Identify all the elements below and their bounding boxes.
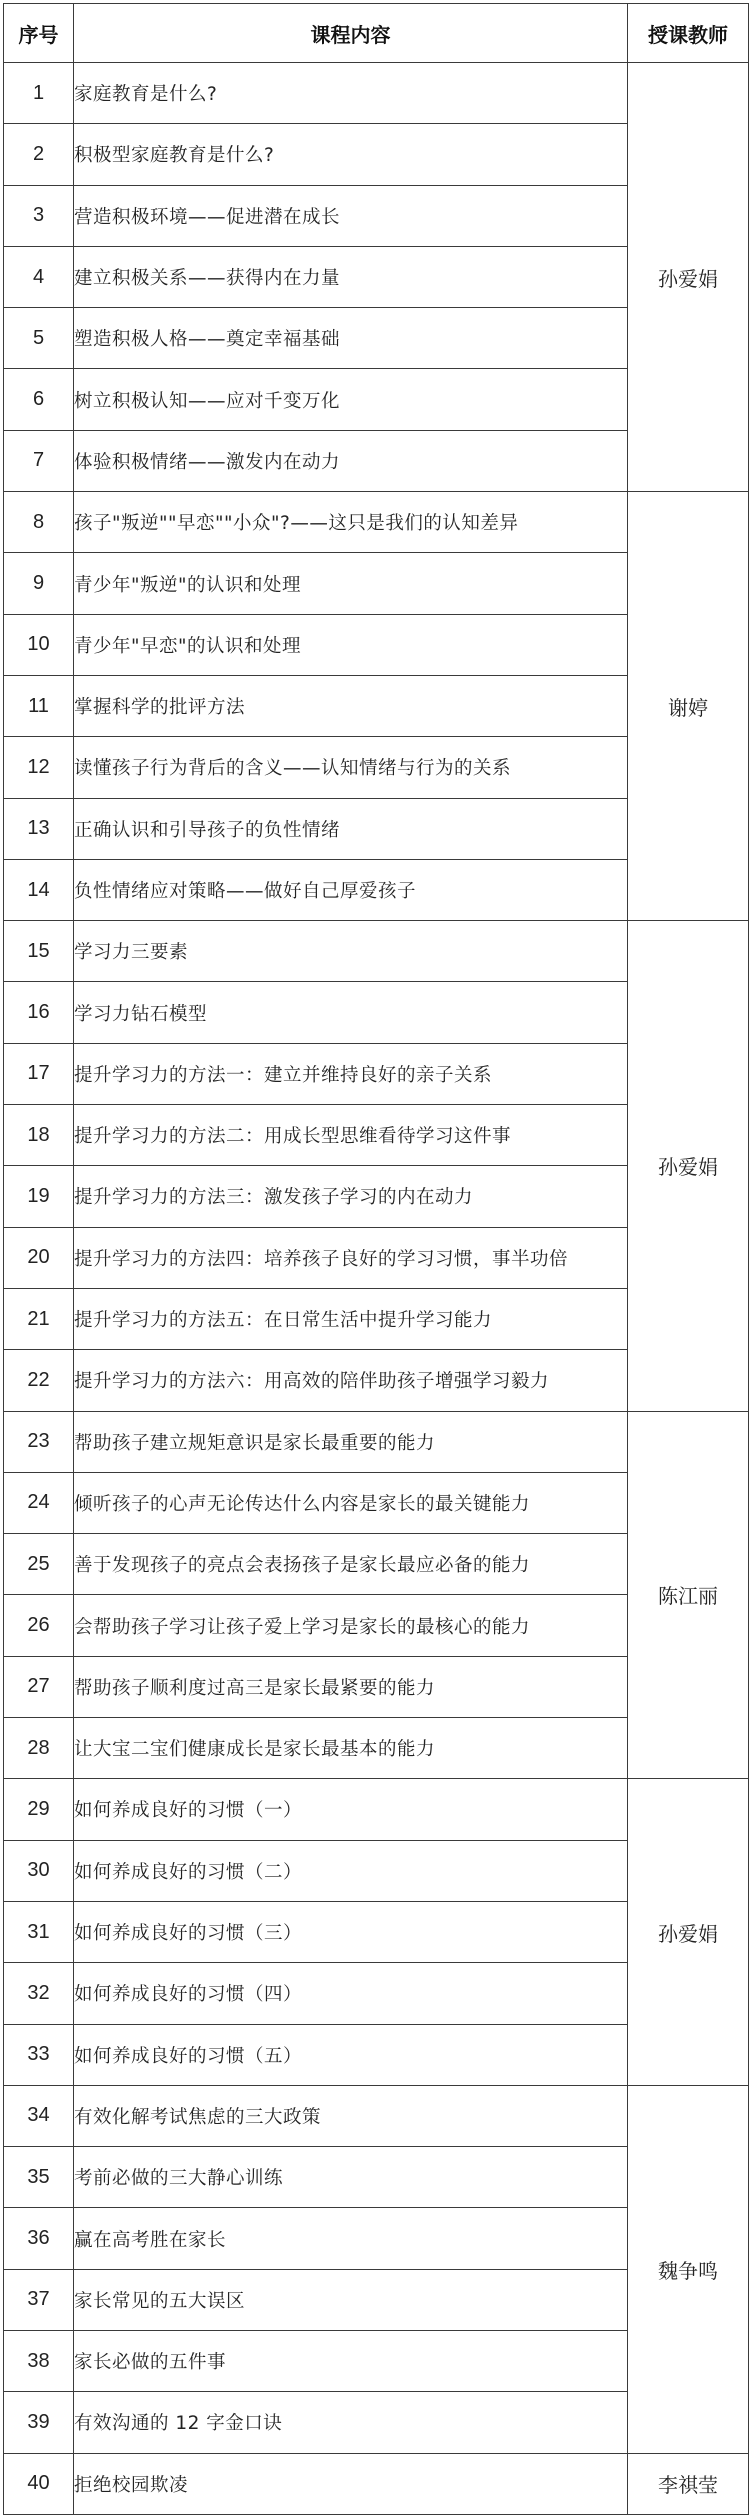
row-number: 15 [4, 921, 74, 982]
course-content: 提升学习力的方法四：培养孩子良好的学习习惯，事半功倍 [74, 1227, 628, 1288]
row-number: 32 [4, 1963, 74, 2024]
course-content: 帮助孩子顺利度过高三是家长最紧要的能力 [74, 1656, 628, 1717]
course-content: 提升学习力的方法三：激发孩子学习的内在动力 [74, 1166, 628, 1227]
course-content: 帮助孩子建立规矩意识是家长最重要的能力 [74, 1411, 628, 1472]
row-number: 21 [4, 1288, 74, 1349]
teacher-name: 李祺莹 [628, 2453, 749, 2514]
course-content: 如何养成良好的习惯（二） [74, 1840, 628, 1901]
course-content: 学习力三要素 [74, 921, 628, 982]
course-content: 提升学习力的方法五：在日常生活中提升学习能力 [74, 1288, 628, 1349]
teacher-name: 陈江丽 [628, 1411, 749, 1779]
course-content: 善于发现孩子的亮点会表扬孩子是家长最应必备的能力 [74, 1534, 628, 1595]
course-content: 如何养成良好的习惯（三） [74, 1901, 628, 1962]
course-content: 学习力钻石模型 [74, 982, 628, 1043]
row-number: 25 [4, 1534, 74, 1595]
row-number: 11 [4, 675, 74, 736]
teacher-name: 孙爱娟 [628, 63, 749, 492]
course-content: 体验积极情绪——激发内在动力 [74, 430, 628, 491]
header-teacher: 授课教师 [628, 4, 749, 63]
row-number: 22 [4, 1350, 74, 1411]
row-number: 34 [4, 2085, 74, 2146]
course-content: 让大宝二宝们健康成长是家长最基本的能力 [74, 1718, 628, 1779]
row-number: 40 [4, 2453, 74, 2514]
course-content: 如何养成良好的习惯（一） [74, 1779, 628, 1840]
row-number: 2 [4, 124, 74, 185]
row-number: 8 [4, 492, 74, 553]
course-content: 塑造积极人格——奠定幸福基础 [74, 308, 628, 369]
row-number: 35 [4, 2147, 74, 2208]
course-content: 建立积极关系——获得内在力量 [74, 246, 628, 307]
course-content: 积极型家庭教育是什么? [74, 124, 628, 185]
row-number: 4 [4, 246, 74, 307]
course-content: 读懂孩子行为背后的含义——认知情绪与行为的关系 [74, 737, 628, 798]
row-number: 29 [4, 1779, 74, 1840]
course-content: 如何养成良好的习惯（四） [74, 1963, 628, 2024]
course-content: 掌握科学的批评方法 [74, 675, 628, 736]
row-number: 5 [4, 308, 74, 369]
course-content: 有效沟通的 12 字金口诀 [74, 2392, 628, 2453]
row-number: 24 [4, 1472, 74, 1533]
row-number: 36 [4, 2208, 74, 2269]
table-row: 40拒绝校园欺凌李祺莹 [4, 2453, 749, 2514]
table-row: 29如何养成良好的习惯（一）孙爱娟 [4, 1779, 749, 1840]
row-number: 31 [4, 1901, 74, 1962]
row-number: 27 [4, 1656, 74, 1717]
table-row: 1家庭教育是什么?孙爱娟 [4, 63, 749, 124]
course-content: 孩子"叛逆""早恋""小众"?——这只是我们的认知差异 [74, 492, 628, 553]
row-number: 14 [4, 859, 74, 920]
course-content: 营造积极环境——促进潜在成长 [74, 185, 628, 246]
course-content: 负性情绪应对策略——做好自己厚爱孩子 [74, 859, 628, 920]
row-number: 38 [4, 2330, 74, 2391]
header-number: 序号 [4, 4, 74, 63]
course-content: 提升学习力的方法六：用高效的陪伴助孩子增强学习毅力 [74, 1350, 628, 1411]
row-number: 37 [4, 2269, 74, 2330]
course-content: 家长常见的五大误区 [74, 2269, 628, 2330]
row-number: 18 [4, 1105, 74, 1166]
course-content: 家长必做的五件事 [74, 2330, 628, 2391]
row-number: 13 [4, 798, 74, 859]
header-row: 序号 课程内容 授课教师 [4, 4, 749, 63]
row-number: 20 [4, 1227, 74, 1288]
course-content: 拒绝校园欺凌 [74, 2453, 628, 2514]
row-number: 23 [4, 1411, 74, 1472]
row-number: 17 [4, 1043, 74, 1104]
course-content: 倾听孩子的心声无论传达什么内容是家长的最关键能力 [74, 1472, 628, 1533]
course-schedule-table: 序号 课程内容 授课教师 1家庭教育是什么?孙爱娟2积极型家庭教育是什么?3营造… [3, 3, 749, 2515]
row-number: 10 [4, 614, 74, 675]
table-row: 34有效化解考试焦虑的三大政策魏争鸣 [4, 2085, 749, 2146]
row-number: 39 [4, 2392, 74, 2453]
row-number: 6 [4, 369, 74, 430]
row-number: 26 [4, 1595, 74, 1656]
row-number: 19 [4, 1166, 74, 1227]
teacher-name: 魏争鸣 [628, 2085, 749, 2453]
course-content: 提升学习力的方法二：用成长型思维看待学习这件事 [74, 1105, 628, 1166]
course-content: 提升学习力的方法一：建立并维持良好的亲子关系 [74, 1043, 628, 1104]
row-number: 33 [4, 2024, 74, 2085]
table-header: 序号 课程内容 授课教师 [4, 4, 749, 63]
course-content: 有效化解考试焦虑的三大政策 [74, 2085, 628, 2146]
course-content: 树立积极认知——应对千变万化 [74, 369, 628, 430]
course-content: 如何养成良好的习惯（五） [74, 2024, 628, 2085]
row-number: 1 [4, 63, 74, 124]
row-number: 7 [4, 430, 74, 491]
row-number: 12 [4, 737, 74, 798]
row-number: 3 [4, 185, 74, 246]
table-row: 8孩子"叛逆""早恋""小众"?——这只是我们的认知差异谢婷 [4, 492, 749, 553]
row-number: 9 [4, 553, 74, 614]
table-row: 23帮助孩子建立规矩意识是家长最重要的能力陈江丽 [4, 1411, 749, 1472]
course-content: 家庭教育是什么? [74, 63, 628, 124]
row-number: 28 [4, 1718, 74, 1779]
row-number: 30 [4, 1840, 74, 1901]
header-course-content: 课程内容 [74, 4, 628, 63]
course-content: 考前必做的三大静心训练 [74, 2147, 628, 2208]
teacher-name: 谢婷 [628, 492, 749, 921]
table-body: 1家庭教育是什么?孙爱娟2积极型家庭教育是什么?3营造积极环境——促进潜在成长4… [4, 63, 749, 2515]
course-content: 正确认识和引导孩子的负性情绪 [74, 798, 628, 859]
table-row: 15学习力三要素孙爱娟 [4, 921, 749, 982]
teacher-name: 孙爱娟 [628, 921, 749, 1411]
course-content: 赢在高考胜在家长 [74, 2208, 628, 2269]
course-content: 青少年"叛逆"的认识和处理 [74, 553, 628, 614]
course-content: 会帮助孩子学习让孩子爱上学习是家长的最核心的能力 [74, 1595, 628, 1656]
row-number: 16 [4, 982, 74, 1043]
course-content: 青少年"早恋"的认识和处理 [74, 614, 628, 675]
teacher-name: 孙爱娟 [628, 1779, 749, 2085]
